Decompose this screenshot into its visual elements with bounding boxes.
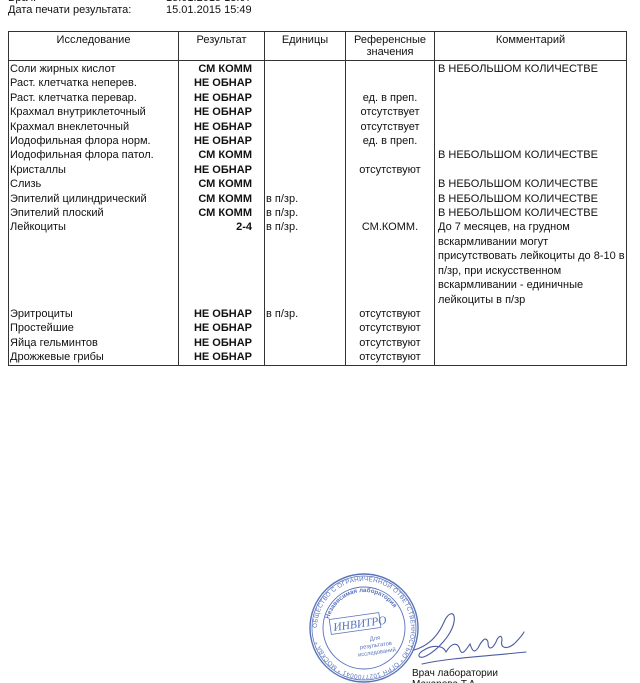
cell-result: НЕ ОБНАР bbox=[179, 76, 265, 90]
cell-comment bbox=[435, 91, 627, 105]
column-header-result: Результат bbox=[179, 32, 265, 61]
cell-comment bbox=[435, 163, 627, 177]
cell-test: Крахмал внутриклеточный bbox=[9, 105, 179, 119]
cell-comment bbox=[435, 350, 627, 365]
cell-reference: отсутствуют bbox=[346, 350, 435, 365]
cell-reference: отсутствуют bbox=[346, 307, 435, 321]
cell-test: Эпителий цилиндрический bbox=[9, 192, 179, 206]
cell-result: НЕ ОБНАР bbox=[179, 91, 265, 105]
cell-test: Раст. клетчатка перевар. bbox=[9, 91, 179, 105]
cell-units bbox=[265, 76, 346, 90]
table-row: Соли жирных кислотСМ КОММВ НЕБОЛЬШОМ КОЛ… bbox=[9, 61, 627, 77]
doctor-title: Врач лаборатории bbox=[412, 668, 498, 679]
cell-comment bbox=[435, 336, 627, 350]
cell-units bbox=[265, 134, 346, 148]
table-row: Иодофильная флора норм.НЕ ОБНАРед. в пре… bbox=[9, 134, 627, 148]
cell-reference: отсутствует bbox=[346, 120, 435, 134]
cell-comment: В НЕБОЛЬШОМ КОЛИЧЕСТВЕ bbox=[435, 177, 627, 191]
cell-result: НЕ ОБНАР bbox=[179, 120, 265, 134]
table-row: Лейкоциты2-4в п/зр.СМ.КОММ.До 7 месяцев,… bbox=[9, 220, 627, 306]
table-row: Дрожжевые грибыНЕ ОБНАРотсутствуют bbox=[9, 350, 627, 365]
cell-test: Яйца гельминтов bbox=[9, 336, 179, 350]
cell-units: в п/зр. bbox=[265, 307, 346, 321]
cell-units bbox=[265, 321, 346, 335]
cell-units bbox=[265, 163, 346, 177]
cell-comment bbox=[435, 76, 627, 90]
cell-result: СМ КОММ bbox=[179, 148, 265, 162]
cell-units bbox=[265, 177, 346, 191]
cell-result: НЕ ОБНАР bbox=[179, 163, 265, 177]
cell-test: Эпителий плоский bbox=[9, 206, 179, 220]
cell-reference: отсутствуют bbox=[346, 336, 435, 350]
column-header-reference: Референсные значения bbox=[346, 32, 435, 61]
cell-test: Иодофильная флора патол. bbox=[9, 148, 179, 162]
cell-comment bbox=[435, 105, 627, 119]
cell-reference bbox=[346, 76, 435, 90]
doctor-signature bbox=[408, 606, 528, 668]
cell-test: Крахмал внеклеточный bbox=[9, 120, 179, 134]
doctor-signature-block: Врач лаборатории Макарова Т.А. bbox=[412, 668, 498, 683]
cell-reference: СМ.КОММ. bbox=[346, 220, 435, 306]
cell-result: НЕ ОБНАР bbox=[179, 350, 265, 365]
cell-reference bbox=[346, 192, 435, 206]
table-row: СлизьСМ КОММВ НЕБОЛЬШОМ КОЛИЧЕСТВЕ bbox=[9, 177, 627, 191]
cell-units: в п/зр. bbox=[265, 220, 346, 306]
print-date-value: 15.01.2015 15:49 bbox=[166, 4, 252, 16]
column-header-test: Исследование bbox=[9, 32, 179, 61]
cell-reference: отсутствует bbox=[346, 105, 435, 119]
table-row: Крахмал внеклеточныйНЕ ОБНАРотсутствует bbox=[9, 120, 627, 134]
print-date-label: Дата печати результата: bbox=[8, 4, 166, 17]
cell-result: СМ КОММ bbox=[179, 61, 265, 77]
cell-reference bbox=[346, 148, 435, 162]
cell-result: НЕ ОБНАР bbox=[179, 134, 265, 148]
table-header-row: Исследование Результат Единицы Референсн… bbox=[9, 32, 627, 61]
table-row: Яйца гельминтовНЕ ОБНАРотсутствуют bbox=[9, 336, 627, 350]
table-row: Эпителий плоскийСМ КОММв п/зр.В НЕБОЛЬШО… bbox=[9, 206, 627, 220]
cell-test: Слизь bbox=[9, 177, 179, 191]
stamp-brand: ИНВИТРО bbox=[332, 615, 388, 635]
cell-result: НЕ ОБНАР bbox=[179, 307, 265, 321]
cell-units bbox=[265, 148, 346, 162]
table-row: Крахмал внутриклеточныйНЕ ОБНАРотсутству… bbox=[9, 105, 627, 119]
cell-comment: В НЕБОЛЬШОМ КОЛИЧЕСТВЕ bbox=[435, 192, 627, 206]
cell-result: НЕ ОБНАР bbox=[179, 321, 265, 335]
cell-comment: В НЕБОЛЬШОМ КОЛИЧЕСТВЕ bbox=[435, 61, 627, 77]
table-row: Раст. клетчатка перевар.НЕ ОБНАРед. в пр… bbox=[9, 91, 627, 105]
cell-comment bbox=[435, 307, 627, 321]
table-row: ЭритроцитыНЕ ОБНАРв п/зр.отсутствуют bbox=[9, 307, 627, 321]
cell-reference: ед. в преп. bbox=[346, 134, 435, 148]
column-header-comment: Комментарий bbox=[435, 32, 627, 61]
cell-test: Кристаллы bbox=[9, 163, 179, 177]
table-row: Раст. клетчатка неперев.НЕ ОБНАР bbox=[9, 76, 627, 90]
cell-units bbox=[265, 61, 346, 77]
cell-units bbox=[265, 91, 346, 105]
cell-comment: В НЕБОЛЬШОМ КОЛИЧЕСТВЕ bbox=[435, 206, 627, 220]
cell-result: СМ КОММ bbox=[179, 206, 265, 220]
table-row: КристаллыНЕ ОБНАРотсутствуют bbox=[9, 163, 627, 177]
table-row: ПростейшиеНЕ ОБНАРотсутствуют bbox=[9, 321, 627, 335]
cell-reference bbox=[346, 206, 435, 220]
doctor-name: Макарова Т.А. bbox=[412, 679, 498, 683]
cell-test: Раст. клетчатка неперев. bbox=[9, 76, 179, 90]
cell-test: Лейкоциты bbox=[9, 220, 179, 306]
cell-result: СМ КОММ bbox=[179, 192, 265, 206]
cell-test: Эритроциты bbox=[9, 307, 179, 321]
cell-test: Соли жирных кислот bbox=[9, 61, 179, 77]
cell-units: в п/зр. bbox=[265, 206, 346, 220]
cell-units: в п/зр. bbox=[265, 192, 346, 206]
cell-reference: отсутствуют bbox=[346, 321, 435, 335]
cell-comment bbox=[435, 120, 627, 134]
cell-comment bbox=[435, 134, 627, 148]
cell-reference bbox=[346, 61, 435, 77]
cell-result: НЕ ОБНАР bbox=[179, 105, 265, 119]
table-row: Иодофильная флора патол.СМ КОММВ НЕБОЛЬШ… bbox=[9, 148, 627, 162]
cell-reference: отсутствуют bbox=[346, 163, 435, 177]
cell-units bbox=[265, 350, 346, 365]
column-header-units: Единицы bbox=[265, 32, 346, 61]
cell-result: СМ КОММ bbox=[179, 177, 265, 191]
laboratory-stamp: ОБЩЕСТВО С ОГРАНИЧЕННОЙ ОТВЕТСТВЕННОСТЬЮ… bbox=[308, 572, 420, 683]
cell-units bbox=[265, 120, 346, 134]
cell-test: Иодофильная флора норм. bbox=[9, 134, 179, 148]
cell-result: НЕ ОБНАР bbox=[179, 336, 265, 350]
cell-comment: До 7 месяцев, на грудном вскармливании м… bbox=[435, 220, 627, 306]
cell-comment: В НЕБОЛЬШОМ КОЛИЧЕСТВЕ bbox=[435, 148, 627, 162]
cell-result: 2-4 bbox=[179, 220, 265, 306]
cell-comment bbox=[435, 321, 627, 335]
cell-units bbox=[265, 336, 346, 350]
table-row: Эпителий цилиндрическийСМ КОММв п/зр.В Н… bbox=[9, 192, 627, 206]
print-date-row: Дата печати результата:15.01.2015 15:49 bbox=[8, 4, 252, 17]
cell-units bbox=[265, 105, 346, 119]
cell-reference bbox=[346, 177, 435, 191]
cell-test: Простейшие bbox=[9, 321, 179, 335]
results-table: Исследование Результат Единицы Референсн… bbox=[8, 31, 627, 366]
cell-test: Дрожжевые грибы bbox=[9, 350, 179, 365]
cell-reference: ед. в преп. bbox=[346, 91, 435, 105]
